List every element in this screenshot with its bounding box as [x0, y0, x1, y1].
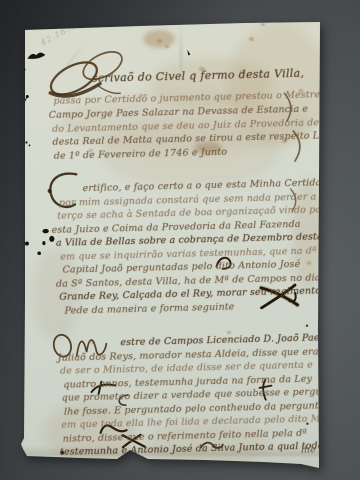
manuscript-photograph: 42.18.46: [0, 0, 360, 480]
manuscript-page: 42.18.46: [0, 0, 360, 480]
handwriting-layer: 42.18.46: [0, 0, 360, 480]
catchword: lhe: [301, 445, 316, 456]
paper-shadow: 42.18.46: [0, 0, 360, 480]
foxing-spot: [120, 457, 125, 460]
